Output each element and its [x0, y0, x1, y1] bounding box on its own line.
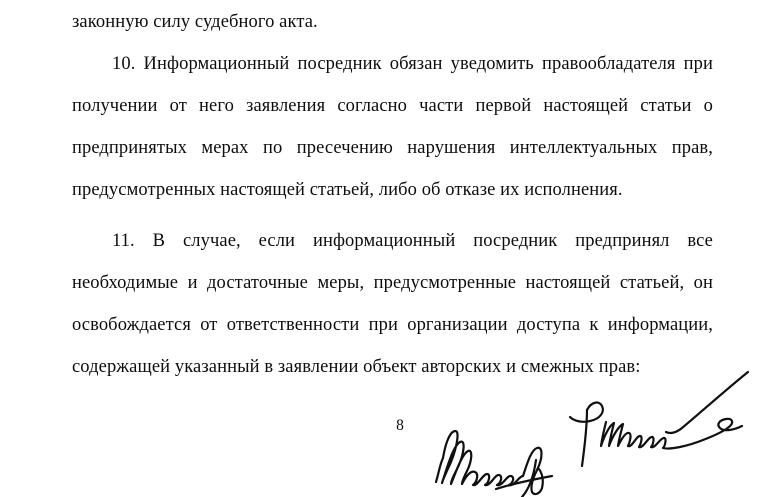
text-line: предпринятых мерах по пресечению нарушен…	[72, 127, 713, 169]
handwritten-signature-right	[558, 366, 764, 481]
text-line: предусмотренных настоящей статьей, либо …	[72, 169, 713, 211]
text-line: освобождается от ответственности при орг…	[72, 304, 713, 346]
text-line: 11. В случае, если информационный посред…	[72, 220, 713, 262]
text-line: получении от него заявления согласно час…	[72, 85, 713, 127]
handwritten-signature-left	[430, 402, 565, 497]
page-number: 8	[393, 417, 407, 435]
text-line: 10. Информационный посредник обязан увед…	[72, 43, 713, 85]
text-line: необходимые и достаточные меры, предусмо…	[72, 262, 713, 304]
signature-diagonal-stroke	[666, 372, 748, 433]
document-page: законную силу судебного акта.10. Информа…	[0, 0, 764, 497]
body-text: законную силу судебного акта.10. Информа…	[72, 1, 713, 388]
text-line: законную силу судебного акта.	[72, 1, 713, 43]
